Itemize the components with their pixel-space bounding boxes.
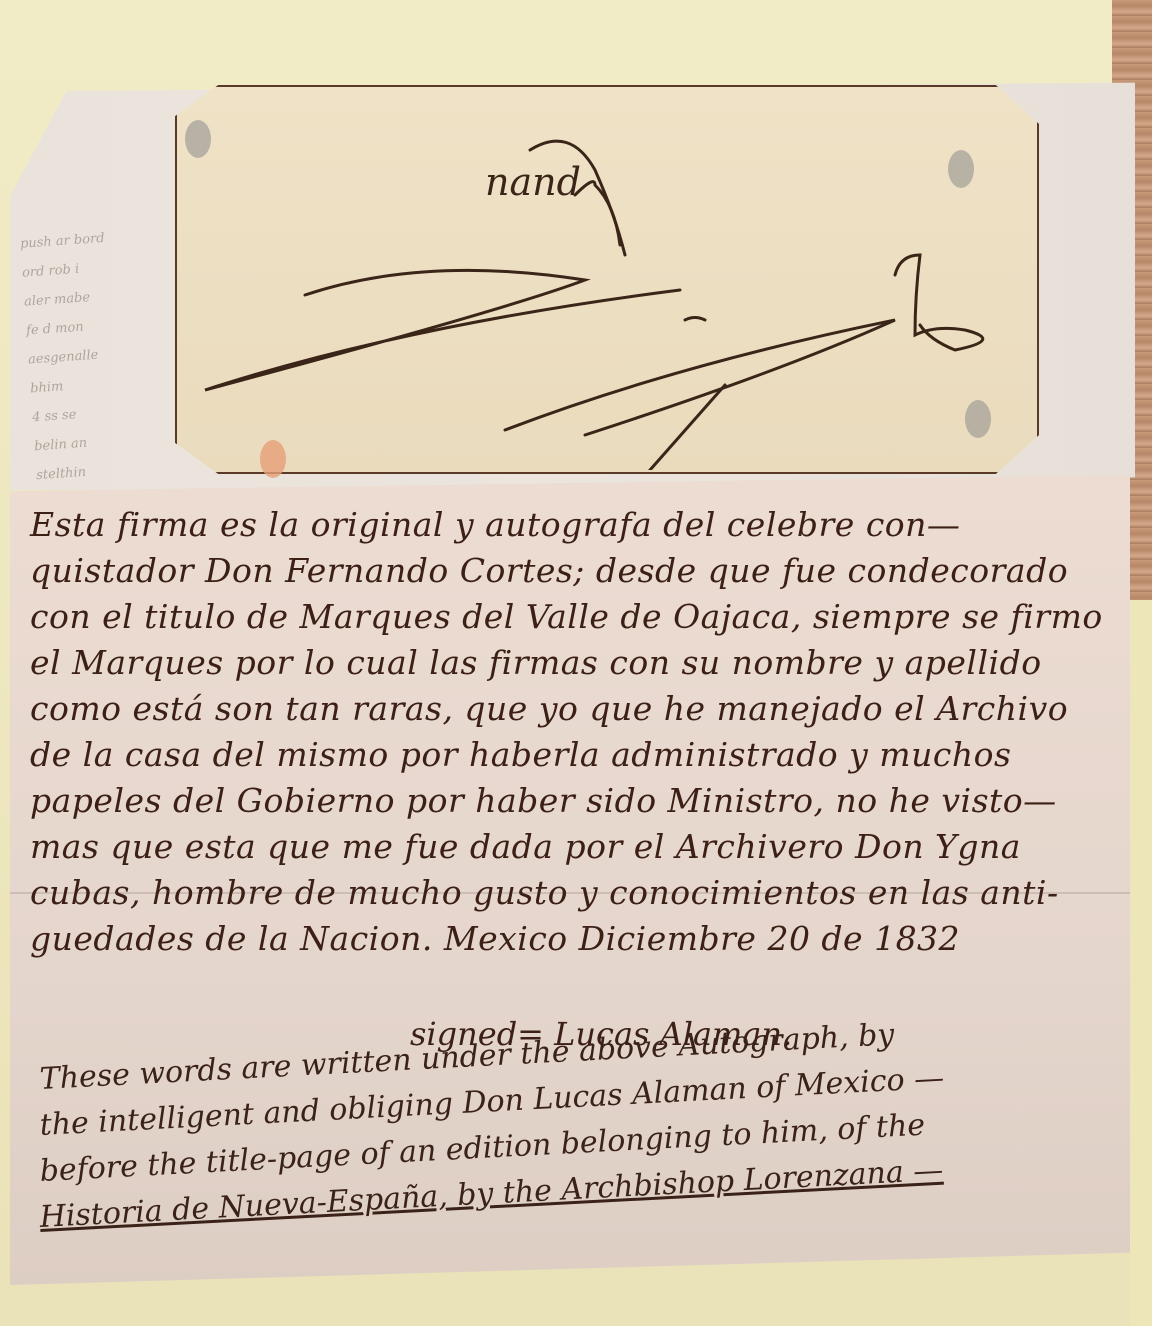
spanish-line: como está son tan raras, que yo que he m… (30, 689, 1130, 735)
signature-fragment: nand (485, 160, 581, 204)
spanish-line: Esta firma es la original y autografa de… (30, 505, 1130, 551)
spanish-line: el Marques por lo cual las firmas con su… (30, 643, 1130, 689)
spanish-line: con el titulo de Marques del Valle de Oa… (30, 597, 1130, 643)
spanish-text-block: Esta firma es la original y autografa de… (30, 505, 1130, 965)
english-note-block: These words are written under the above … (40, 1062, 1140, 1246)
cortes-signature-strokes (175, 85, 1035, 470)
spanish-line: de la casa del mismo por haberla adminis… (30, 735, 1130, 781)
spanish-line: mas que esta que me fue dada por el Arch… (30, 827, 1130, 873)
spanish-line: cubas, hombre de mucho gusto y conocimie… (30, 873, 1130, 919)
pencil-margin-notes: push ar bord ord rob i aler mabe fe d mo… (19, 221, 167, 489)
spanish-line: guedades de la Nacion. Mexico Diciembre … (30, 919, 1130, 965)
spanish-line: papeles del Gobierno por haber sido Mini… (30, 781, 1130, 827)
spanish-line: quistador Don Fernando Cortes; desde que… (30, 551, 1130, 597)
